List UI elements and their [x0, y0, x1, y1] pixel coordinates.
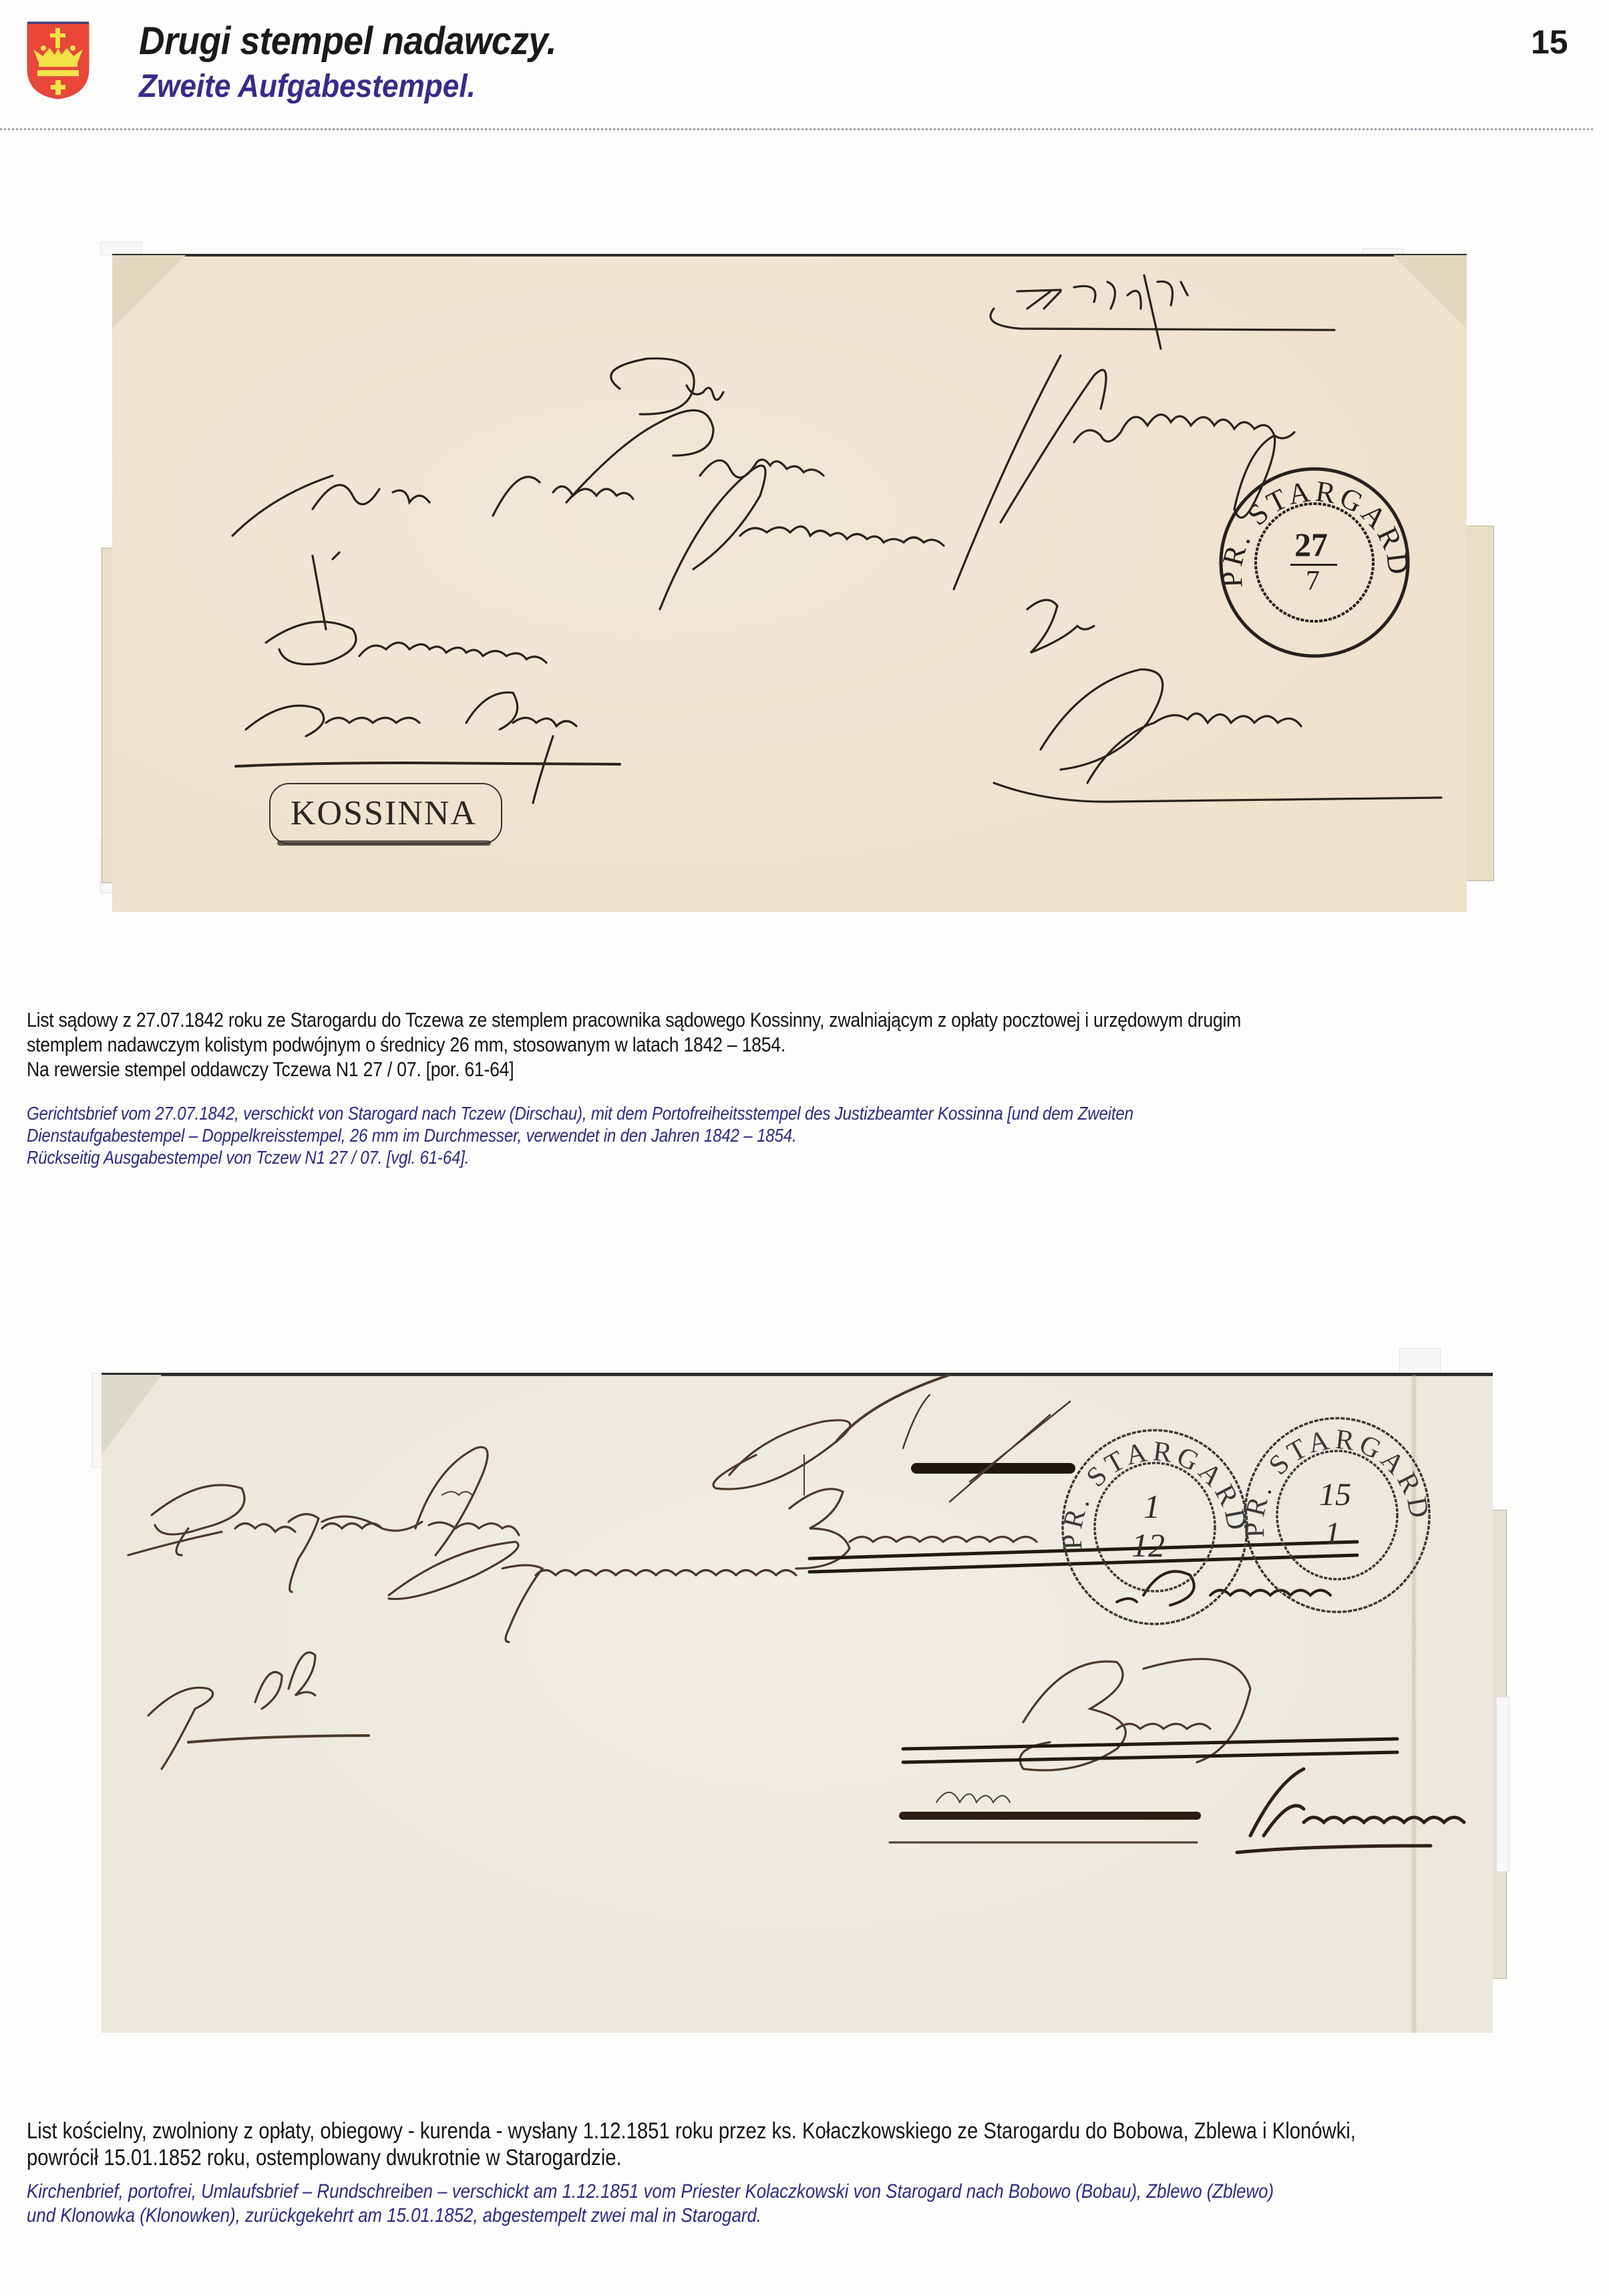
caption-polish: List kościelny, zwolniony z opłaty, obie… — [27, 2118, 1572, 2171]
postmark-day: 1 — [1143, 1487, 1160, 1526]
caption-line: Kirchenbrief, portofrei, Umlaufsbrief – … — [27, 2180, 1274, 2204]
caption-german: Kirchenbrief, portofrei, Umlaufsbrief – … — [27, 2180, 1477, 2228]
envelope-1851: PR. STARGARD 1 12 PR. STARGARD 15 1 — [102, 1373, 1493, 2033]
postmark-month: 1 — [1324, 1515, 1340, 1552]
mount-corner — [1496, 1697, 1509, 1872]
caption-line: powrócił 15.01.1852 roku, ostemplowany d… — [27, 2144, 1356, 2171]
exhibit-2: PR. STARGARD 1 12 PR. STARGARD 15 1 List… — [0, 0, 1609, 2296]
stargard-postmark-15-1: PR. STARGARD 15 1 — [1240, 1415, 1434, 1615]
caption-line: und Klonowka (Klonowken), zurückgekehrt … — [27, 2204, 1274, 2228]
caption-line: List kościelny, zwolniony z opłaty, obie… — [27, 2118, 1356, 2144]
stargard-postmark-1-12: PR. STARGARD 1 12 — [1058, 1427, 1252, 1627]
postmark-month: 12 — [1131, 1526, 1165, 1565]
postmark-day: 15 — [1319, 1476, 1351, 1513]
